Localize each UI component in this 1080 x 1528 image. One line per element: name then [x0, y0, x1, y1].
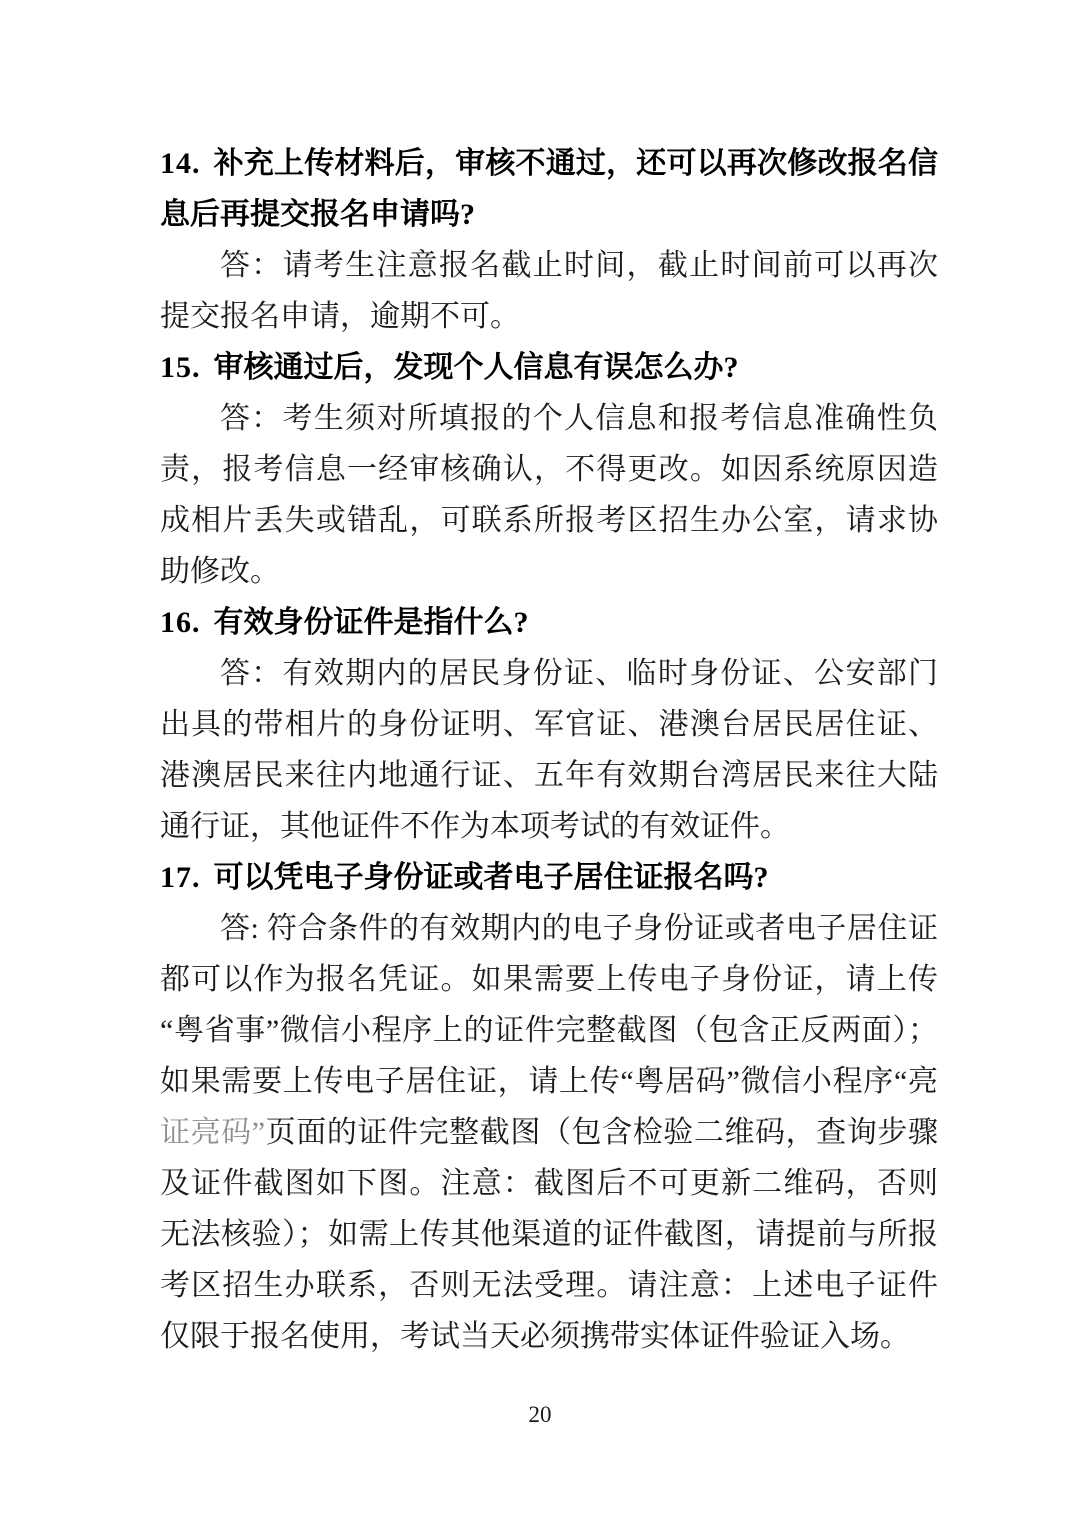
faq-item: 17.可以凭电子身份证或者电子居住证报名吗? 答: 符合条件的有效期内的电子身份…: [160, 852, 938, 1362]
answer-segment: 页面的证件完整截图（包含检验二维码，查询步骤及证件截图如下图。注意：截图后不可更…: [160, 1116, 938, 1353]
question-text: 有效身份证件是指什么?: [214, 606, 529, 639]
question-number: 17.: [160, 861, 201, 894]
answer-paragraph: 答：请考生注意报名截止时间，截止时间前可以再次提交报名申请，逾期不可。: [160, 240, 938, 342]
question-heading: 14.补充上传材料后，审核不通过，还可以再次修改报名信息后再提交报名申请吗?: [160, 138, 938, 240]
question-text: 可以凭电子身份证或者电子居住证报名吗?: [214, 861, 769, 894]
answer-paragraph: 答: 符合条件的有效期内的电子身份证或者电子居住证都可以作为报名凭证。如果需要上…: [160, 903, 938, 1362]
faq-list: 14.补充上传材料后，审核不通过，还可以再次修改报名信息后再提交报名申请吗? 答…: [160, 138, 938, 1362]
question-heading: 16.有效身份证件是指什么?: [160, 597, 938, 648]
question-number: 14.: [160, 147, 201, 180]
answer-segment: 答：有效期内的居民身份证、临时身份证、公安部门出具的带相片的身份证明、军官证、港…: [160, 657, 938, 843]
question-heading: 17.可以凭电子身份证或者电子居住证报名吗?: [160, 852, 938, 903]
faq-item: 15.审核通过后，发现个人信息有误怎么办? 答：考生须对所填报的个人信息和报考信…: [160, 342, 938, 597]
answer-paragraph: 答：有效期内的居民身份证、临时身份证、公安部门出具的带相片的身份证明、军官证、港…: [160, 648, 938, 852]
page-number: 20: [0, 1400, 1080, 1430]
answer-segment: 答：请考生注意报名截止时间，截止时间前可以再次提交报名申请，逾期不可。: [160, 249, 938, 333]
question-heading: 15.审核通过后，发现个人信息有误怎么办?: [160, 342, 938, 393]
question-number: 16.: [160, 606, 201, 639]
faq-item: 16.有效身份证件是指什么? 答：有效期内的居民身份证、临时身份证、公安部门出具…: [160, 597, 938, 852]
answer-paragraph: 答：考生须对所填报的个人信息和报考信息准确性负责，报考信息一经审核确认，不得更改…: [160, 393, 938, 597]
question-number: 15.: [160, 351, 201, 384]
question-text: 审核通过后，发现个人信息有误怎么办?: [214, 351, 739, 384]
answer-segment-muted: 证亮码”: [160, 1116, 265, 1149]
faq-item: 14.补充上传材料后，审核不通过，还可以再次修改报名信息后再提交报名申请吗? 答…: [160, 138, 938, 342]
answer-segment: 答: 符合条件的有效期内的电子身份证或者电子居住证都可以作为报名凭证。如果需要上…: [160, 912, 938, 1098]
question-text: 补充上传材料后，审核不通过，还可以再次修改报名信息后再提交报名申请吗?: [160, 147, 938, 231]
document-page: 14.补充上传材料后，审核不通过，还可以再次修改报名信息后再提交报名申请吗? 答…: [0, 0, 1080, 1528]
answer-segment: 答：考生须对所填报的个人信息和报考信息准确性负责，报考信息一经审核确认，不得更改…: [160, 402, 938, 588]
